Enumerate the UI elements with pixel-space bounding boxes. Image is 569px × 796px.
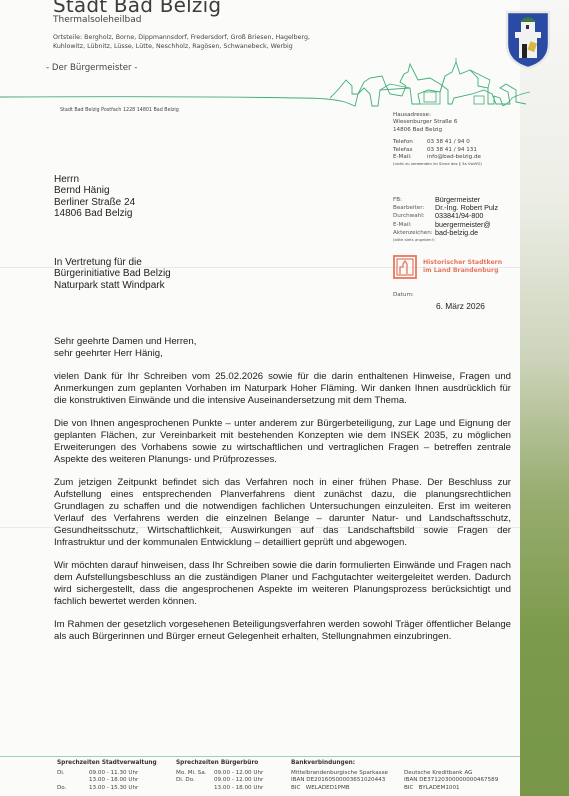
recipient-line: Herrn [54,174,135,185]
recipient-line: Berliner Straße 24 [54,197,135,208]
address-label: Hausadresse: [393,112,482,119]
hours-time: 13.00 - 18.00 Uhr [214,785,263,793]
hours-time: 13.00 - 18.00 Uhr [89,777,138,785]
bank-iban: IBAN DE37120300000000467589 [404,777,498,785]
body-paragraph: Im Rahmen der gesetzlich vorgesehenen Be… [54,619,511,643]
bank-iban: IBAN DE20160500003651020443 [291,777,388,785]
recipient-line: 14806 Bad Belzig [54,208,135,219]
bank-1: Mittelbrandenburgische Sparkasse IBAN DE… [291,770,388,793]
office-hours: Sprechzeiten Bürgerbüro Mo. Mi. Sa.09.00… [176,760,263,792]
recipient-address: Herrn Bernd Hänig Berliner Straße 24 148… [54,174,135,220]
admin-hours-title: Sprechzeiten Stadtverwaltung [57,760,157,768]
bank-bic: BIC WELADED1PMB [291,785,388,793]
sender-return-address: Stadt Bad Belzig Postfach 1228 14801 Bad… [60,108,179,113]
bank-name: Mittelbrandenburgische Sparkasse [291,770,388,778]
salutation-line-2: sehr geehrter Herr Hänig, [54,348,511,360]
hours-day: Di. Do. [176,777,214,785]
recipient-line: Bernd Hänig [54,185,135,196]
email-label: E-Mail: [393,154,427,161]
date-value: 6. März 2026 [436,301,485,311]
heritage-line-1: Historischer Stadtkern [423,259,502,267]
districts-line-1: Ortsteile: Bergholz, Borne, Dippmannsdor… [53,33,353,42]
fax-label: Telefax [393,147,427,154]
handler-block: FB:Bürgermeister Bearbeiter:Dr.-Ing. Rob… [393,196,498,242]
bank-bic: BIC BYLADEM1001 [404,785,498,793]
heritage-line-2: im Land Brandenburg [423,267,502,275]
districts-line-2: Kuhlowitz, Lübnitz, Lüsse, Lütte, Neschh… [53,42,353,51]
hours-day: Do. [57,785,89,793]
hours-day: Mo. Mi. Sa. [176,770,214,778]
hours-day [176,785,214,793]
town-skyline-icon-right [330,60,530,110]
bank-name: Deutsche Kreditbank AG [404,770,498,778]
coat-of-arms-icon [505,10,551,70]
fax-value: 03 38 41 / 94 131 [427,147,477,154]
admin-hours: Sprechzeiten Stadtverwaltung Di.09.00 - … [57,760,157,792]
office-hours-title: Sprechzeiten Bürgerbüro [176,760,263,768]
hours-time: 13.00 - 15.30 Uhr [89,785,138,793]
handler-label: Bearbeiter: [393,204,435,212]
body-paragraph: Zum jetzigen Zeitpunkt befindet sich das… [54,477,511,548]
address-city: 14806 Bad Belzig [393,127,482,134]
email-value[interactable]: info@bad-belzig.de [427,154,481,161]
behalf-line: Bürgerinitiative Bad Belzig [54,268,171,279]
footer-divider [0,756,520,757]
city-subtitle: Thermalsoleheilbad [53,15,141,25]
bank-details: Bankverbindungen: Mittelbrandenburgische… [291,760,498,792]
handler-note: (bitte stets angeben!) [393,237,498,242]
hours-time: 09.00 - 12.00 Uhr [214,770,263,778]
page-edge-background [520,0,569,796]
handler-value: bad-belzig.de [435,229,478,237]
date-label: Datum: [393,292,414,298]
phone-value: 03 38 41 / 94 0 [427,139,470,146]
contact-block: Hausadresse: Wiesenburger Straße 6 14806… [393,112,482,166]
address-street: Wiesenburger Straße 6 [393,119,482,126]
hours-time: 09.00 - 11.30 Uhr [89,770,138,778]
bank-2: Deutsche Kreditbank AG IBAN DE3712030000… [404,770,498,793]
districts-list: Ortsteile: Bergholz, Borne, Dippmannsdor… [53,33,353,52]
email-note: (nicht zu verwenden im Sinne des § 3a Vw… [393,161,482,166]
hours-day [57,777,89,785]
handler-label: E-Mail: [393,221,435,229]
phone-label: Telefon [393,139,427,146]
handler-label: FB: [393,196,435,204]
on-behalf-of: In Vertretung für die Bürgerinitiative B… [54,257,171,291]
salutation-line-1: Sehr geehrte Damen und Herren, [54,336,511,348]
hours-time: 09.00 - 12.00 Uhr [214,777,263,785]
body-paragraph: vielen Dank für Ihr Schreiben vom 25.02.… [54,371,511,407]
hours-day: Di. [57,770,89,778]
handler-label: Aktenzeichen: [393,229,435,237]
behalf-line: Naturpark statt Windpark [54,280,171,291]
body-paragraph: Die von Ihnen angesprochenen Punkte – un… [54,418,511,466]
bank-title: Bankverbindungen: [291,760,498,768]
body-paragraph: Wir möchten darauf hinweisen, dass Ihr S… [54,560,511,608]
handler-label: Durchwahl: [393,212,435,220]
letter-body: Sehr geehrte Damen und Herren, sehr geeh… [54,336,511,654]
